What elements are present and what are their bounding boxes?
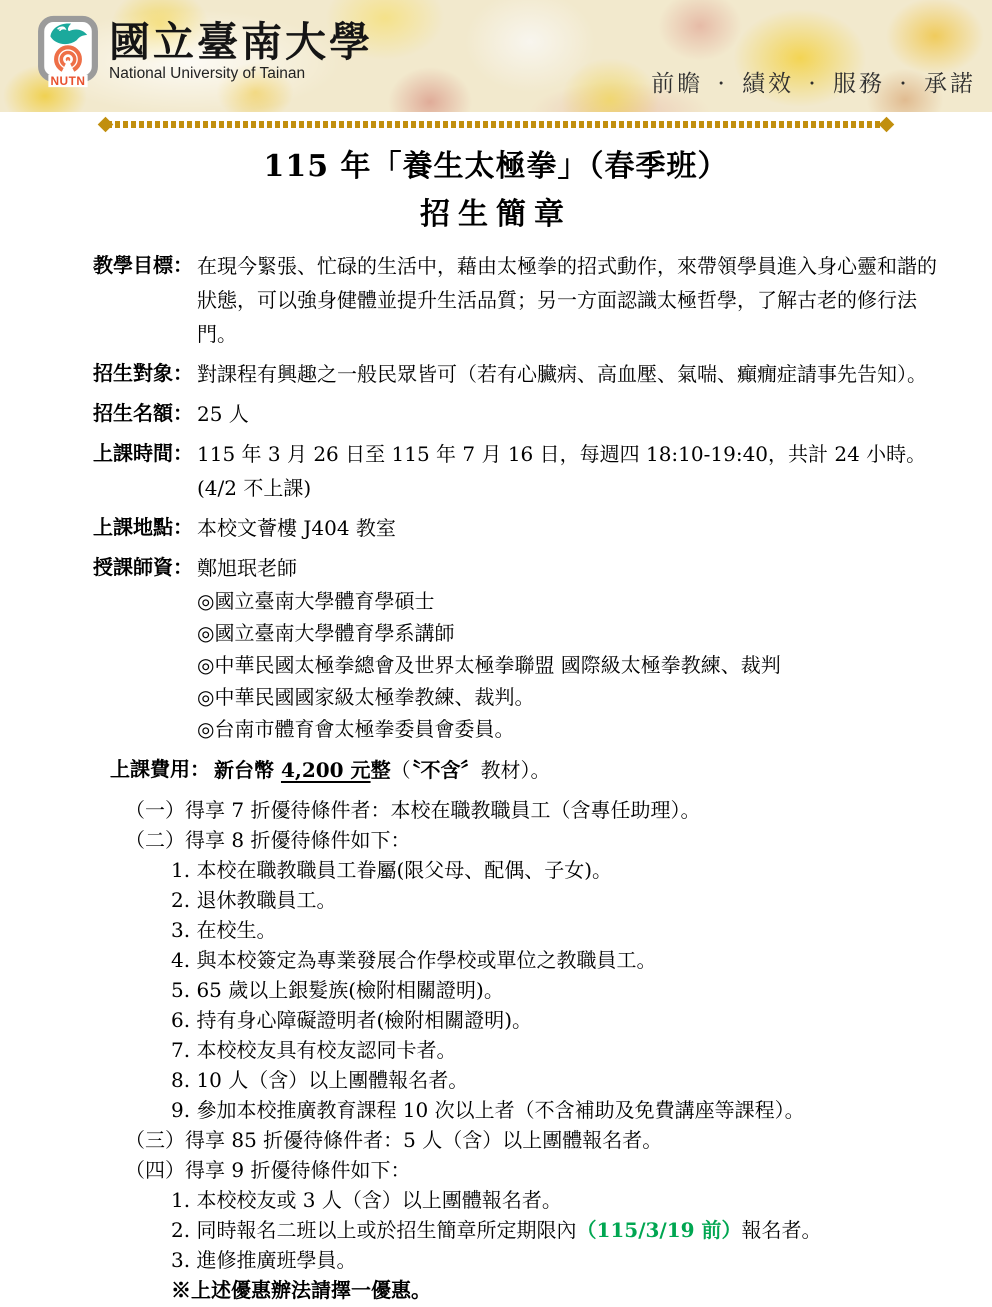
section-content: 在現今緊張、忙碌的生活中，藉由太極拳的招式動作，來帶領學員進入身心靈和諧的狀態，… [193,249,952,351]
section-fee: 上課費用： 新台幣 4,200 元整（〝不含〞教材）。 [93,753,952,787]
discount-item: 7. 本校校友具有校友認同卡者。 [93,1035,952,1065]
credential-item: ◎國立臺南大學體育學碩士 [197,585,952,617]
diamond-right-icon [879,117,895,133]
discount-item: 2. 退休教職員工。 [93,885,952,915]
section-target-audience: 招生對象： 對課程有興趣之一般民眾皆可（若有心臟病、高血壓、氣喘、癲癇症請事先告… [93,357,952,391]
credential-item: ◎中華民國太極拳總會及世界太極拳聯盟 國際級太極拳教練、裁判 [197,649,952,681]
discount-tier-80: （二）得享 8 折優待條件如下： [93,825,952,855]
section-quota: 招生名額： 25 人 [93,397,952,431]
fee-tail: 教材）。 [481,758,551,782]
discount-note: ※上述優惠辦法請擇一優惠。 [93,1275,952,1305]
discount-item-post: 報名者。 [742,1218,822,1242]
fee-paren: （ [391,758,411,782]
discount-tier-85: （三）得享 85 折優待條件者：5 人（含）以上團體報名者。 [93,1125,952,1155]
university-motto: 前瞻 · 績效 · 服務 · 承諾 [651,65,976,98]
discount-item: 1. 本校校友或 3 人（含）以上團體報名者。 [93,1185,952,1215]
brand-names: 國立臺南大學 National University of Tainan [109,14,373,83]
dashed-line [107,121,885,128]
fee-content: 新台幣 4,200 元整（〝不含〞教材）。 [210,753,952,787]
section-label: 上課時間： [93,437,193,505]
discount-item: 8. 10 人（含）以上團體報名者。 [93,1065,952,1095]
discount-item: 3. 進修推廣班學員。 [93,1245,952,1275]
section-label: 招生對象： [93,357,193,391]
discount-item: 6. 持有身心障礙證明者(檢附相關證明)。 [93,1005,952,1035]
document-title: 115 年「養生太極拳」（春季班） 招生簡章 [0,145,992,237]
discount-item: 5. 65 歲以上銀髮族(檢附相關證明)。 [93,975,952,1005]
credential-item: ◎台南市體育會太極拳委員會委員。 [197,713,952,745]
discount-item: 1. 本校在職教職員工眷屬(限父母、配偶、子女)。 [93,855,952,885]
nutn-logo-icon: NUTN [37,14,99,90]
university-brand: NUTN 國立臺南大學 National University of Taina… [37,14,373,90]
class-time-line1: 115 年 3 月 26 日至 115 年 7 月 16 日，每週四 18:10… [197,437,952,471]
section-label: 招生名額： [93,397,193,431]
section-teaching-goal: 教學目標： 在現今緊張、忙碌的生活中，藉由太極拳的招式動作，來帶領學員進入身心靈… [93,249,952,351]
university-name-en: National University of Tainan [109,65,373,83]
section-content: 115 年 3 月 26 日至 115 年 7 月 16 日，每週四 18:10… [193,437,952,505]
fee-not-included: 〝不含〞 [411,758,481,782]
logo-acronym: NUTN [50,74,85,88]
section-class-time: 上課時間： 115 年 3 月 26 日至 115 年 7 月 16 日，每週四… [93,437,952,505]
section-label: 教學目標： [93,249,193,351]
title-line2: 招生簡章 [0,193,992,237]
section-instructor: 授課師資： 鄭旭珉老師 ◎國立臺南大學體育學碩士 ◎國立臺南大學體育學系講師 ◎… [93,551,952,745]
discount-item: 9. 參加本校推廣教育課程 10 次以上者（不含補助及免費講座等課程）。 [93,1095,952,1125]
brochure-page: NUTN 國立臺南大學 National University of Taina… [0,0,992,1307]
class-time-line2: (4/2 不上課) [197,471,952,505]
credential-item: ◎國立臺南大學體育學系講師 [197,617,952,649]
discount-item: 4. 與本校簽定為專業發展合作學校或單位之教職員工。 [93,945,952,975]
fee-zheng: 整 [371,758,391,782]
gold-divider [100,118,892,131]
section-content: 25 人 [193,397,952,431]
discount-item-with-deadline: 2. 同時報名二班以上或於招生簡章所定期限內（115/3/19 前）報名者。 [93,1215,952,1245]
section-content: 鄭旭珉老師 ◎國立臺南大學體育學碩士 ◎國立臺南大學體育學系講師 ◎中華民國太極… [193,551,952,745]
instructor-name: 鄭旭珉老師 [197,551,952,585]
discount-item-pre: 2. 同時報名二班以上或於招生簡章所定期限內 [171,1218,576,1242]
title-line1: 115 年「養生太極拳」（春季班） [0,145,992,189]
fee-prefix: 新台幣 [214,758,281,782]
section-label: 上課費用： [110,753,210,787]
section-content: 對課程有興趣之一般民眾皆可（若有心臟病、高血壓、氣喘、癲癇症請事先告知）。 [193,357,952,391]
section-label: 上課地點： [93,511,193,545]
discount-tier-90: （四）得享 9 折優待條件如下： [93,1155,952,1185]
header-banner: NUTN 國立臺南大學 National University of Taina… [0,0,992,112]
university-name-zh: 國立臺南大學 [109,20,373,65]
deadline-highlight: （115/3/19 前） [576,1218,741,1242]
section-content: 本校文薈樓 J404 教室 [193,511,952,545]
discount-tier-70: （一）得享 7 折優待條件者：本校在職教職員工（含專任助理）。 [93,795,952,825]
section-label: 授課師資： [93,551,193,745]
document-body: 教學目標： 在現今緊張、忙碌的生活中，藉由太極拳的招式動作，來帶領學員進入身心靈… [0,237,992,1305]
credential-item: ◎中華民國國家級太極拳教練、裁判。 [197,681,952,713]
section-location: 上課地點： 本校文薈樓 J404 教室 [93,511,952,545]
discount-list: （一）得享 7 折優待條件者：本校在職教職員工（含專任助理）。 （二）得享 8 … [93,795,952,1305]
diamond-left-icon [98,117,114,133]
fee-amount: 4,200 元 [281,758,371,782]
discount-item: 3. 在校生。 [93,915,952,945]
